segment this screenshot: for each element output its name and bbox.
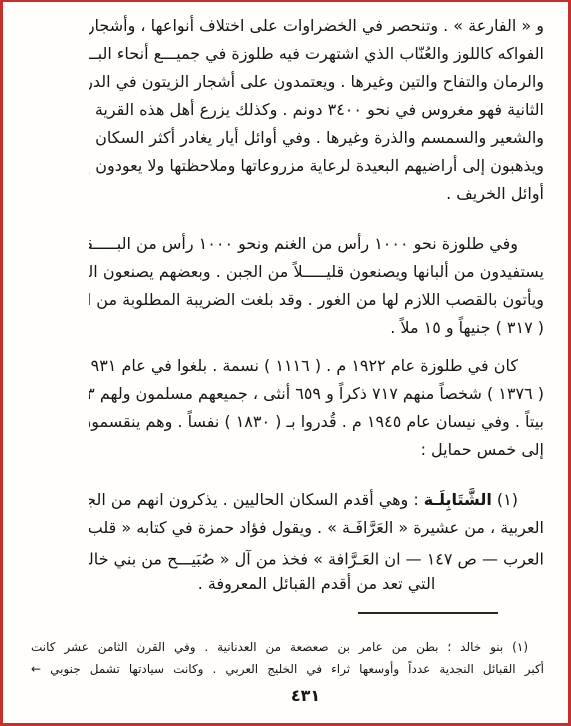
book-page: و « الفارعة » . وتنحصر في الخضراوات على … — [0, 0, 571, 726]
text-line: أكبر القبائل النجدية عدداً وأوسعها ثراء … — [31, 658, 544, 680]
text-segment: (١) بنو خالد ؛ بطن من عامر بن صعصعة من ا… — [31, 640, 528, 654]
text-segment: الثانية فهو مغروس في نحو ٣٤٠٠ دونم . وكذ… — [89, 100, 544, 119]
footnote-separator — [358, 612, 498, 614]
text-line: (١) بنو خالد ؛ بطن من عامر بن صعصعة من ا… — [31, 636, 544, 658]
text-line: والشعير والسمسم والذرة وغيرها . وفي أوائ… — [89, 124, 544, 152]
text-line: أوائل الخريف . — [89, 180, 544, 208]
page-body: و « الفارعة » . وتنحصر في الخضراوات على … — [89, 12, 544, 598]
text-line: الفواكه كاللوز والعُنّاب الذي اشتهرت فيه… — [89, 40, 544, 68]
text-segment: ويأتون بالقصب اللازم لها من الغور . وقد … — [89, 290, 544, 309]
text-line: ( ٣١٧ ) جنيهاً و ١٥ ملاً . — [89, 314, 544, 342]
page-number: ٤٣١ — [3, 686, 568, 706]
text-line: الثانية فهو مغروس في نحو ٣٤٠٠ دونم . وكذ… — [89, 96, 544, 124]
text-segment: بيتاً . وفي نيسان عام ١٩٤٥ م . قُدروا بـ… — [89, 412, 544, 431]
text-segment: إلى خمس حمايل : — [421, 440, 544, 459]
text-line: ويأتون بالقصب اللازم لها من الغور . وقد … — [89, 286, 544, 314]
text-segment: ( ١٣٧٦ ) شخصاً منهم ٧١٧ ذكراً و ٦٥٩ أنثى… — [89, 384, 544, 403]
text-segment: العرب — ص ١٤٧ — ان العَـرَّافة » فخذ من … — [89, 549, 544, 568]
footnote: (١) بنو خالد ؛ بطن من عامر بن صعصعة من ا… — [31, 636, 544, 680]
text-segment: أكبر القبائل النجدية عدداً وأوسعها ثراء … — [31, 662, 544, 676]
text-segment: ويذهبون إلى أراضيهم البعيدة لرعاية مزروع… — [89, 156, 544, 175]
text-line: (١) الشَّتَابِلَـة : وهي أقدم السكان الح… — [89, 486, 544, 514]
text-segment: التي تعد من أقدم القبائل المعروفة . — [198, 574, 436, 593]
text-line: إلى خمس حمايل : — [89, 436, 544, 464]
text-line: ويذهبون إلى أراضيهم البعيدة لرعاية مزروع… — [89, 152, 544, 180]
text-segment: وفي طلوزة نحو ١٠٠٠ رأس من الغنم ونحو ١٠٠… — [89, 234, 518, 253]
text-line: بيتاً . وفي نيسان عام ١٩٤٥ م . قُدروا بـ… — [89, 408, 544, 436]
text-segment: و « الفارعة » . وتنحصر في الخضراوات على … — [89, 16, 544, 35]
text-segment: : وهي أقدم السكان الحاليين . يذكرون انهم… — [89, 490, 424, 509]
text-line: العربية ، من عشيرة « العَرَّافَـة » . وي… — [89, 514, 544, 542]
clan-name-bold: الشَّتَابِلَـة — [424, 490, 492, 509]
text-segment: أوائل الخريف . — [446, 184, 544, 203]
paragraph-population: كان في طلوزة عام ١٩٢٢ م . ( ١١١٦ ) نسمة … — [89, 352, 544, 464]
text-segment: العربية ، من عشيرة « العَرَّافَـة » . وي… — [89, 518, 544, 537]
text-line: والرمان والتفاح والتين وغيرها . ويعتمدون… — [89, 68, 544, 96]
text-segment: كان في طلوزة عام ١٩٢٢ م . ( ١١١٦ ) نسمة … — [89, 356, 518, 375]
text-line: يستفيدون من ألبانها ويصنعون قليـــــلاً … — [89, 258, 544, 286]
paragraph-clan-shatabila: (١) الشَّتَابِلَـة : وهي أقدم السكان الح… — [89, 486, 544, 598]
text-segment: ( ٣١٧ ) جنيهاً و ١٥ ملاً . — [390, 318, 544, 337]
text-line: العرب — ص ١٤٧ — ان العَـرَّافة » فخذ من … — [89, 542, 544, 570]
text-segment: الفواكه كاللوز والعُنّاب الذي اشتهرت فيه… — [89, 44, 544, 63]
paragraph-crops: و « الفارعة » . وتنحصر في الخضراوات على … — [89, 12, 544, 208]
text-line: التي تعد من أقدم القبائل المعروفة . — [89, 570, 544, 598]
text-segment: يستفيدون من ألبانها ويصنعون قليـــــلاً … — [89, 262, 544, 281]
text-segment: (١) — [492, 490, 518, 509]
text-segment: والشعير والسمسم والذرة وغيرها . وفي أوائ… — [89, 128, 544, 147]
text-line: ( ١٣٧٦ ) شخصاً منهم ٧١٧ ذكراً و ٦٥٩ أنثى… — [89, 380, 544, 408]
text-line: كان في طلوزة عام ١٩٢٢ م . ( ١١١٦ ) نسمة … — [89, 352, 544, 380]
text-segment: والرمان والتفاح والتين وغيرها . ويعتمدون… — [89, 72, 544, 91]
text-line: و « الفارعة » . وتنحصر في الخضراوات على … — [89, 12, 544, 40]
paragraph-livestock-tax: وفي طلوزة نحو ١٠٠٠ رأس من الغنم ونحو ١٠٠… — [89, 230, 544, 342]
text-line: وفي طلوزة نحو ١٠٠٠ رأس من الغنم ونحو ١٠٠… — [89, 230, 544, 258]
